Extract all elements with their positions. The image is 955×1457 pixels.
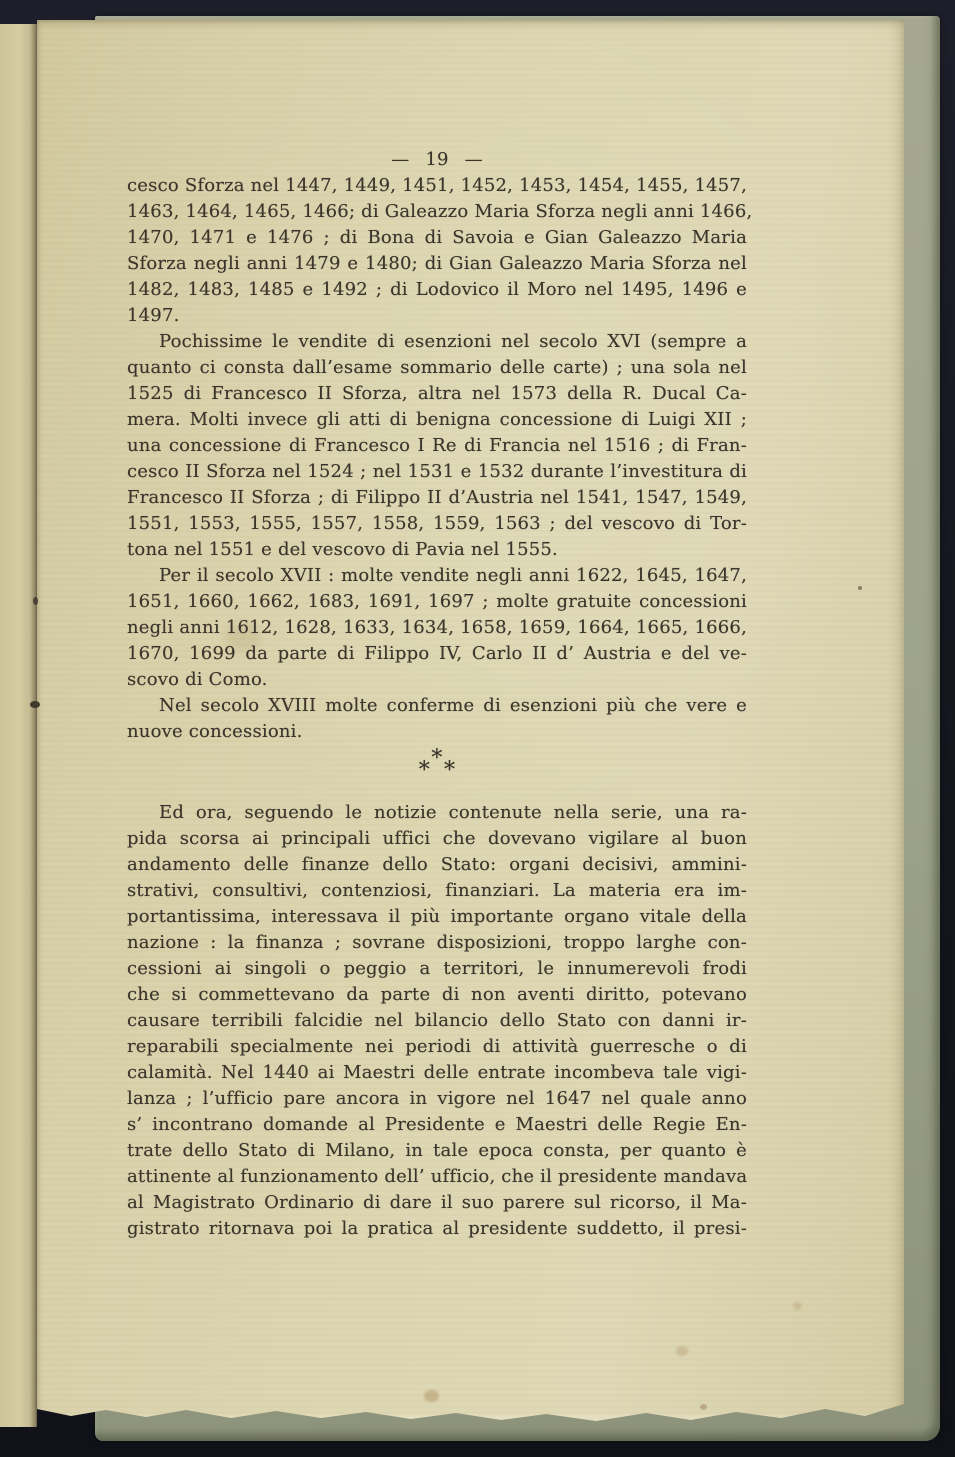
text-line: che si commettevano da parte di non aven… xyxy=(127,982,747,1008)
text-line: mera. Molti invece gli atti di benigna c… xyxy=(127,407,747,433)
text-line: cessioni ai singoli o peggio a territori… xyxy=(127,956,747,982)
text-line: 1470, 1471 e 1476 ; di Bona di Savoia e … xyxy=(127,225,747,251)
page-left-gutter-edge xyxy=(0,24,37,1427)
asterism-separator: * ** xyxy=(127,745,747,800)
asterisk-icon: * xyxy=(419,758,430,783)
ink-speck xyxy=(30,701,40,708)
text-line: trate dello Stato di Milano, in tale epo… xyxy=(127,1138,747,1164)
text-line: Pochissime le vendite di esenzioni nel s… xyxy=(127,329,747,355)
text-line: andamento delle finanze dello Stato: org… xyxy=(127,852,747,878)
text-line: cesco II Sforza nel 1524 ; nel 1531 e 15… xyxy=(127,459,747,485)
asterisk-icon: * xyxy=(444,758,455,783)
asterisk-row: ** xyxy=(127,765,747,777)
text-line: lanza ; l’ufficio pare ancora in vigore … xyxy=(127,1086,747,1112)
text-line: nazione : la finanza ; sovrane disposizi… xyxy=(127,930,747,956)
text-line: reparabili specialmente nei periodi di a… xyxy=(127,1034,747,1060)
text-line: tona nel 1551 e del vescovo di Pavia nel… xyxy=(127,537,747,563)
paragraph: Ed ora, seguendo le notizie contenute ne… xyxy=(127,800,747,1242)
text-line: negli anni 1612, 1628, 1633, 1634, 1658,… xyxy=(127,615,747,641)
paper-stain xyxy=(424,1390,439,1402)
text-line: 1482, 1483, 1485 e 1492 ; di Lodovico il… xyxy=(127,277,747,303)
text-line: 1670, 1699 da parte di Filippo IV, Carlo… xyxy=(127,641,747,667)
text-line: cesco Sforza nel 1447, 1449, 1451, 1452,… xyxy=(127,173,747,199)
text-line: causare terribili falcidie nel bilancio … xyxy=(127,1008,747,1034)
text-line: attinente al funzionamento dell’ ufficio… xyxy=(127,1164,747,1190)
asterisk-icon: * xyxy=(127,745,747,765)
text-line: Francesco II Sforza ; di Filippo II d’Au… xyxy=(127,485,747,511)
paragraph: Per il secolo XVII : molte vendite negli… xyxy=(127,563,747,693)
paper-stain xyxy=(676,1346,688,1356)
text-line: s’ incontrano domande al Presidente e Ma… xyxy=(127,1112,747,1138)
paragraph: Pochissime le vendite di esenzioni nel s… xyxy=(127,329,747,563)
text-line: quanto ci consta dall’esame sommario del… xyxy=(127,355,747,381)
ink-speck xyxy=(858,586,862,590)
text-line: Per il secolo XVII : molte vendite negli… xyxy=(127,563,747,589)
text-line: 1497. xyxy=(127,303,747,329)
text-line: 1551, 1553, 1555, 1557, 1558, 1559, 1563… xyxy=(127,511,747,537)
text-line: Nel secolo XVIII molte conferme di esenz… xyxy=(127,693,747,719)
text-line: scovo di Como. xyxy=(127,667,747,693)
text-line: 1651, 1660, 1662, 1683, 1691, 1697 ; mol… xyxy=(127,589,747,615)
text-line: 1463, 1464, 1465, 1466; di Galeazzo Mari… xyxy=(127,199,747,225)
text-flow-lower: Ed ora, seguendo le notizie contenute ne… xyxy=(127,800,747,1242)
text-line: portantissima, interessava il più import… xyxy=(127,904,747,930)
text-line: 1525 di Francesco II Sforza, altra nel 1… xyxy=(127,381,747,407)
text-line: una concessione di Francesco I Re di Fra… xyxy=(127,433,747,459)
scanned-book-photo: { "colors":{ "background_navy":"#15151f"… xyxy=(0,0,955,1457)
paper-stain xyxy=(700,1404,707,1410)
paragraph: cesco Sforza nel 1447, 1449, 1451, 1452,… xyxy=(127,173,747,329)
text-line: al Magistrato Ordinario di dare il suo p… xyxy=(127,1190,747,1216)
text-line: Ed ora, seguendo le notizie contenute ne… xyxy=(127,800,747,826)
text-line: gistrato ritornava poi la pratica al pre… xyxy=(127,1216,747,1242)
ink-speck xyxy=(33,597,38,605)
text-line: Sforza negli anni 1479 e 1480; di Gian G… xyxy=(127,251,747,277)
paragraph: Nel secolo XVIII molte conferme di esenz… xyxy=(127,693,747,745)
text-line: calamità. Nel 1440 ai Maestri delle entr… xyxy=(127,1060,747,1086)
text-line: nuove concessioni. xyxy=(127,719,747,745)
text-line: pida scorsa ai principali uffici che dov… xyxy=(127,826,747,852)
text-column: — 19 — cesco Sforza nel 1447, 1449, 1451… xyxy=(127,147,747,1242)
text-line: strativi, consultivi, contenziosi, finan… xyxy=(127,878,747,904)
text-flow-upper: cesco Sforza nel 1447, 1449, 1451, 1452,… xyxy=(127,173,747,745)
paper-stain xyxy=(793,1302,802,1310)
page-number: — 19 — xyxy=(127,147,747,173)
